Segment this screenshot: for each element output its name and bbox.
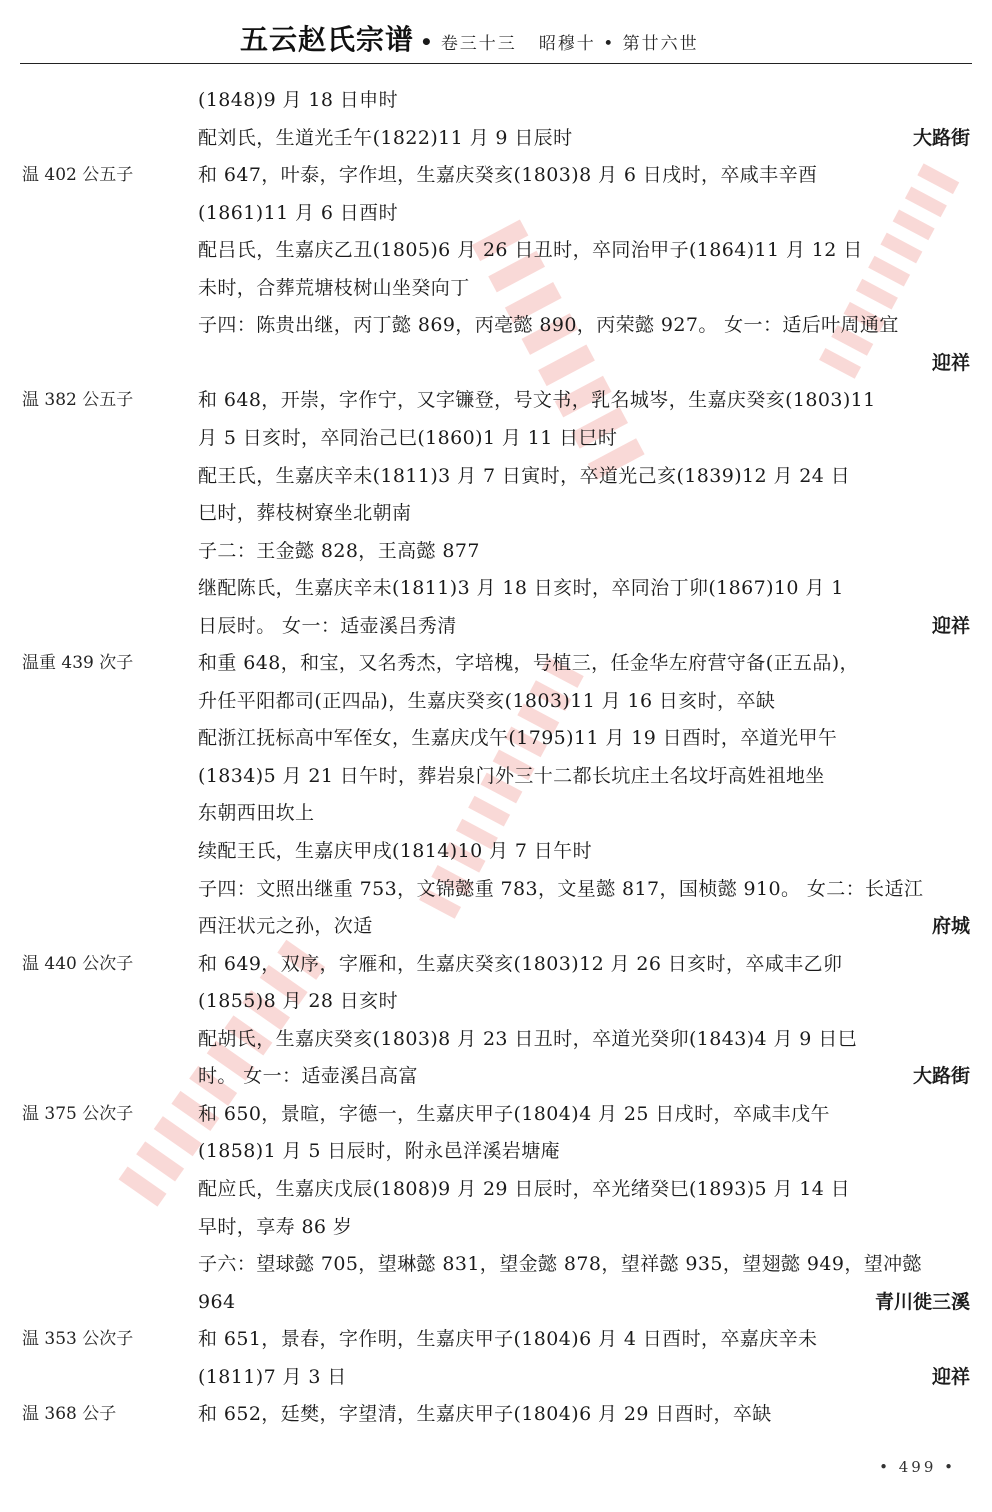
entry-text: 配浙江抚标高中军侄女，生嘉庆戊午(1795)11 月 19 日酉时，卒道光甲午 bbox=[198, 720, 837, 756]
entry-line: 964青川徙三溪 bbox=[0, 1284, 992, 1320]
entry-text: 和 649，双序，字雁和，生嘉庆癸亥(1803)12 月 26 日亥时，卒咸丰乙… bbox=[198, 946, 842, 982]
entry-line: 配应氏，生嘉庆戊辰(1808)9 月 29 日辰时，卒光绪癸巳(1893)5 月… bbox=[0, 1171, 992, 1207]
entry-line: 续配王氏，生嘉庆甲戌(1814)10 月 7 日午时 bbox=[0, 833, 992, 869]
lineage-label: 温 382 公五子 bbox=[22, 382, 133, 418]
entry-text: 配王氏，生嘉庆辛未(1811)3 月 7 日寅时，卒道光己亥(1839)12 月… bbox=[198, 458, 850, 494]
entry-line: 子六：望球懿 705，望琳懿 831，望金懿 878，望祥懿 935，望翅懿 9… bbox=[0, 1246, 992, 1282]
entry-text: 配刘氏，生道光壬午(1822)11 月 9 日辰时 bbox=[198, 120, 573, 156]
entry-text: (1861)11 月 6 日酉时 bbox=[198, 195, 398, 231]
page-header: 五云赵氏宗谱 • 卷三十三 昭穆十 • 第廿六世 bbox=[240, 18, 699, 60]
entry-line: 配浙江抚标高中军侄女，生嘉庆戊午(1795)11 月 19 日酉时，卒道光甲午 bbox=[0, 720, 992, 756]
entry-line: 继配陈氏，生嘉庆辛未(1811)3 月 18 日亥时，卒同治丁卯(1867)10… bbox=[0, 570, 992, 606]
lineage-label: 温 368 公子 bbox=[22, 1396, 116, 1432]
place-label: 迎祥 bbox=[932, 608, 970, 644]
entry-text: (1834)5 月 21 日午时，葬岩泉门外三十二都长坑庄土名坟圩高姓祖地坐 bbox=[198, 758, 825, 794]
entry-text: 配吕氏，生嘉庆乙丑(1805)6 月 26 日丑时，卒同治甲子(1864)11 … bbox=[198, 232, 863, 268]
entry-line: 升任平阳都司(正四品)，生嘉庆癸亥(1803)11 月 16 日亥时，卒缺 bbox=[0, 683, 992, 719]
lineage-label: 温 375 公次子 bbox=[22, 1096, 133, 1132]
entry-line: 时。 女一：适壶溪吕高富大路街 bbox=[0, 1058, 992, 1094]
entry-text: 续配王氏，生嘉庆甲戌(1814)10 月 7 日午时 bbox=[198, 833, 592, 869]
entry-text: 配应氏，生嘉庆戊辰(1808)9 月 29 日辰时，卒光绪癸巳(1893)5 月… bbox=[198, 1171, 850, 1207]
entry-line: (1855)8 月 28 日亥时 bbox=[0, 983, 992, 1019]
entry-line: 西汪状元之孙，次适府城 bbox=[0, 908, 992, 944]
entry-text: 早时，享寿 86 岁 bbox=[198, 1209, 352, 1245]
entry-line: 温 382 公五子和 648，开崇，字作宁，又字镰登，号文书，乳名城岑，生嘉庆癸… bbox=[0, 382, 992, 418]
entry-text: 日辰时。 女一：适壶溪吕秀清 bbox=[198, 608, 457, 644]
page-number: • 499 • bbox=[879, 1458, 956, 1476]
entry-line: 温 402 公五子和 647，叶泰，字作坦，生嘉庆癸亥(1803)8 月 6 日… bbox=[0, 157, 992, 193]
entry-line: (1834)5 月 21 日午时，葬岩泉门外三十二都长坑庄土名坟圩高姓祖地坐 bbox=[0, 758, 992, 794]
lineage-label: 温 402 公五子 bbox=[22, 157, 133, 193]
entry-text: 升任平阳都司(正四品)，生嘉庆癸亥(1803)11 月 16 日亥时，卒缺 bbox=[198, 683, 775, 719]
entry-text: (1855)8 月 28 日亥时 bbox=[198, 983, 398, 1019]
header-rule bbox=[20, 63, 972, 64]
entry-line: 巳时，葬枝树寮坐北朝南 bbox=[0, 495, 992, 531]
entry-line: 东朝西田坎上 bbox=[0, 795, 992, 831]
entry-text: 继配陈氏，生嘉庆辛未(1811)3 月 18 日亥时，卒同治丁卯(1867)10… bbox=[198, 570, 844, 606]
entry-text: (1848)9 月 18 日申时 bbox=[198, 82, 398, 118]
entry-text: 时。 女一：适壶溪吕高富 bbox=[198, 1058, 418, 1094]
entry-line: 温 368 公子和 652，廷樊，字望清，生嘉庆甲子(1804)6 月 29 日… bbox=[0, 1396, 992, 1432]
entry-text: 和 650，景暄，字德一，生嘉庆甲子(1804)4 月 25 日戌时，卒咸丰戊午 bbox=[198, 1096, 830, 1132]
entry-line: 子四：陈贵出继，丙丁懿 869，丙亳懿 890，丙荣懿 927。 女一：适后叶周… bbox=[0, 307, 992, 343]
section-label: 昭穆十 • 第廿六世 bbox=[539, 29, 699, 54]
entry-text: 东朝西田坎上 bbox=[198, 795, 314, 831]
entry-text: 未时，合葬荒塘枝树山坐癸向丁 bbox=[198, 270, 470, 306]
entry-line: 温 353 公次子和 651，景春，字作明，生嘉庆甲子(1804)6 月 4 日… bbox=[0, 1321, 992, 1357]
entry-text: 和 647，叶泰，字作坦，生嘉庆癸亥(1803)8 月 6 日戌时，卒咸丰辛酉 bbox=[198, 157, 817, 193]
entry-line: 未时，合葬荒塘枝树山坐癸向丁 bbox=[0, 270, 992, 306]
entry-line: 月 5 日亥时，卒同治己巳(1860)1 月 11 日巳时 bbox=[0, 420, 992, 456]
entry-text: 和 651，景春，字作明，生嘉庆甲子(1804)6 月 4 日酉时，卒嘉庆辛未 bbox=[198, 1321, 817, 1357]
entry-text: 964 bbox=[198, 1284, 235, 1320]
book-title: 五云赵氏宗谱 bbox=[240, 18, 414, 58]
lineage-label: 温重 439 次子 bbox=[22, 645, 133, 681]
entry-line: 配吕氏，生嘉庆乙丑(1805)6 月 26 日丑时，卒同治甲子(1864)11 … bbox=[0, 232, 992, 268]
entry-text: 子二：王金懿 828，王高懿 877 bbox=[198, 533, 480, 569]
entry-line: 早时，享寿 86 岁 bbox=[0, 1209, 992, 1245]
entry-text: 子四：陈贵出继，丙丁懿 869，丙亳懿 890，丙荣懿 927。 女一：适后叶周… bbox=[198, 307, 899, 343]
separator-dot: • bbox=[420, 30, 433, 54]
entry-line: 日辰时。 女一：适壶溪吕秀清迎祥 bbox=[0, 608, 992, 644]
entry-text: 子四：文照出继重 753，文锦懿重 783，文星懿 817，国桢懿 910。 女… bbox=[198, 871, 923, 907]
lineage-label: 温 440 公次子 bbox=[22, 946, 133, 982]
entry-line: (1861)11 月 6 日酉时 bbox=[0, 195, 992, 231]
entry-line: 温 440 公次子和 649，双序，字雁和，生嘉庆癸亥(1803)12 月 26… bbox=[0, 946, 992, 982]
place-label: 迎祥 bbox=[932, 345, 970, 381]
entry-text: 和 652，廷樊，字望清，生嘉庆甲子(1804)6 月 29 日酉时，卒缺 bbox=[198, 1396, 772, 1432]
entry-text: 巳时，葬枝树寮坐北朝南 bbox=[198, 495, 411, 531]
entry-line: 配胡氏，生嘉庆癸亥(1803)8 月 23 日丑时，卒道光癸卯(1843)4 月… bbox=[0, 1021, 992, 1057]
place-label: 迎祥 bbox=[932, 1359, 970, 1395]
entry-text: (1811)7 月 3 日 bbox=[198, 1359, 347, 1395]
lineage-label: 温 353 公次子 bbox=[22, 1321, 133, 1357]
entry-line: 温重 439 次子和重 648，和宝，又名秀杰，字培槐，号植三，任金华左府营守备… bbox=[0, 645, 992, 681]
entry-text: 月 5 日亥时，卒同治己巳(1860)1 月 11 日巳时 bbox=[198, 420, 617, 456]
entry-line: 温 375 公次子和 650，景暄，字德一，生嘉庆甲子(1804)4 月 25 … bbox=[0, 1096, 992, 1132]
entry-line: (1858)1 月 5 日辰时，附永邑洋溪岩塘庵 bbox=[0, 1133, 992, 1169]
entry-text: 子六：望球懿 705，望琳懿 831，望金懿 878，望祥懿 935，望翅懿 9… bbox=[198, 1246, 922, 1282]
entry-line: 迎祥 bbox=[0, 345, 992, 381]
entry-line: 配王氏，生嘉庆辛未(1811)3 月 7 日寅时，卒道光己亥(1839)12 月… bbox=[0, 458, 992, 494]
place-label: 大路街 bbox=[913, 120, 970, 156]
entry-text: 西汪状元之孙，次适 bbox=[198, 908, 373, 944]
entry-line: 子四：文照出继重 753，文锦懿重 783，文星懿 817，国桢懿 910。 女… bbox=[0, 871, 992, 907]
entry-text: (1858)1 月 5 日辰时，附永邑洋溪岩塘庵 bbox=[198, 1133, 560, 1169]
entry-text: 配胡氏，生嘉庆癸亥(1803)8 月 23 日丑时，卒道光癸卯(1843)4 月… bbox=[198, 1021, 857, 1057]
entry-line: (1811)7 月 3 日迎祥 bbox=[0, 1359, 992, 1395]
volume-label: 卷三十三 bbox=[441, 29, 517, 54]
place-label: 府城 bbox=[932, 908, 970, 944]
place-label: 青川徙三溪 bbox=[875, 1284, 970, 1320]
entry-text: 和 648，开崇，字作宁，又字镰登，号文书，乳名城岑，生嘉庆癸亥(1803)11 bbox=[198, 382, 876, 418]
entry-line: (1848)9 月 18 日申时 bbox=[0, 82, 992, 118]
place-label: 大路街 bbox=[913, 1058, 970, 1094]
entry-line: 子二：王金懿 828，王高懿 877 bbox=[0, 533, 992, 569]
document-page: ▌▌▌▌▌▌▌▌ ▌▌▌▌▌▌▌▌▌ ▌▌▌▌▌▌▌▌▌▌ ▌▌▌▌▌▌▌▌▌▌… bbox=[0, 0, 992, 1512]
entry-text: 和重 648，和宝，又名秀杰，字培槐，号植三，任金华左府营守备(正五品)， bbox=[198, 645, 859, 681]
entry-line: 配刘氏，生道光壬午(1822)11 月 9 日辰时大路街 bbox=[0, 120, 992, 156]
